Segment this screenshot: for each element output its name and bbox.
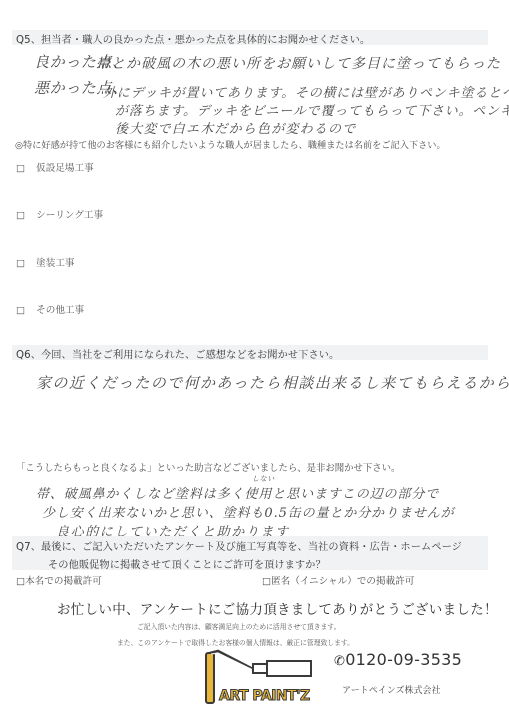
- checkbox-label: シーリング工事: [36, 210, 103, 221]
- recommend-prompt: ◎特に好感が持て他のお客様にも紹介したいような職人が居ましたら、職種または名前を…: [15, 137, 446, 151]
- q5-bad-line-3: 後大変で白エ木だから色が変わるので: [115, 118, 356, 137]
- thanks-message: お忙しい中、アンケートにご協力頂きましてありがとうございました！: [57, 598, 498, 618]
- checkbox-box[interactable]: □: [16, 163, 25, 174]
- checkbox-painting[interactable]: □ 塗装工事: [16, 255, 75, 269]
- advice-line-1: 帯、破風鼻かくしなど塗料は多く使用と思いますこの辺の部分で: [36, 483, 439, 502]
- q5-bad-line-2: が落ちます。デッキをビニールで覆ってもらって下さい。ペンキ付くと: [115, 100, 509, 119]
- q5-bad-line-1: 外にデッキが置いてあります。その横には壁がありペンキ塗るとペンキ: [103, 82, 509, 101]
- checkbox-label: 塗装工事: [36, 258, 74, 269]
- art-paintz-logo: ART PAINT'Z: [203, 648, 313, 708]
- permission-real-name-checkbox[interactable]: □本名での掲載許可: [16, 573, 102, 587]
- q7-question-line-2: その他販促物に掲載させて頂くことにご許可を頂けますか？: [48, 556, 326, 571]
- q6-answer: 家の近くだったので何かあったら相談出来るし来てもらえるから。: [36, 372, 509, 393]
- checkbox-label: 仮設足場工事: [36, 163, 94, 174]
- checkbox-scaffolding[interactable]: □ 仮設足場工事: [16, 160, 94, 174]
- q5-good-text: 帯とか破風の木の悪い所をお願いして多目に塗ってもらった: [96, 53, 501, 73]
- advice-prompt: 「こうしたらもっと良くなるよ」といった助言などございましたら、是非お聞かせ下さい…: [16, 460, 400, 474]
- checkbox-box[interactable]: □: [16, 305, 25, 316]
- checkbox-sealing[interactable]: □ シーリング工事: [16, 207, 103, 221]
- logo-text: ART PAINT'Z: [219, 688, 310, 704]
- checkbox-label: その他工事: [36, 305, 84, 316]
- q6-question: Q6、今回、当社をご利用になられた、ご感想などをお聞かせ下さい。: [16, 346, 339, 361]
- checkbox-other[interactable]: □ その他工事: [16, 302, 84, 316]
- q5-question: Q5、担当者・職人の良かった点・悪かった点を具体的にお聞かせください。: [16, 31, 370, 46]
- permission-anonymous-checkbox[interactable]: □匿名（イニシャル）での掲載許可: [262, 573, 414, 587]
- advice-line-2: 少し安く出来ないかと思い、塗料も0.5缶の量とか分かりませんが: [42, 502, 455, 521]
- checkbox-box[interactable]: □: [16, 210, 25, 221]
- q7-question-line-1: Q7、最後に、ご記入いただいたアンケート及び施工写真等を、当社の資料・広告・ホー…: [16, 538, 462, 553]
- checkbox-box[interactable]: □: [16, 258, 25, 269]
- company-name: アートペインズ株式会社: [342, 683, 440, 696]
- privacy-note-1: ご記入頂いた内容は、顧客満足向上のために活用させて頂きます。: [137, 621, 340, 631]
- privacy-note-2: また、このアンケートで取得したお客様の個人情報は、厳正に管理致します。: [117, 637, 354, 647]
- phone-icon: ✆: [334, 654, 345, 669]
- phone-number: ✆0120-09-3535: [334, 650, 462, 669]
